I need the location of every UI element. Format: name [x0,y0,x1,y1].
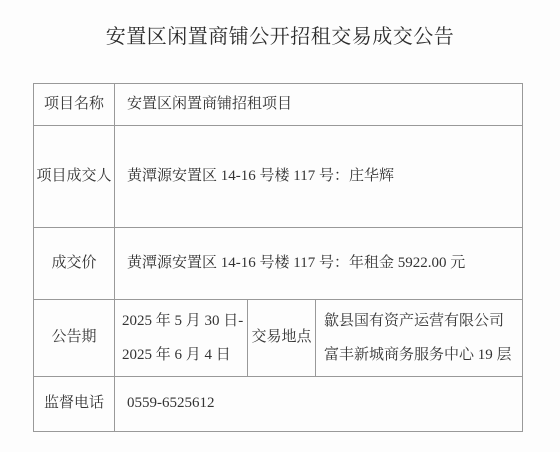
label-deal-price: 成交价 [34,228,115,300]
table-row-deal-price: 成交价 黄潭源安置区 14-16 号楼 117 号：年租金 5922.00 元 [34,228,523,300]
table-row-supervision-phone: 监督电话 0559-6525612 [34,377,523,432]
value-supervision-phone: 0559-6525612 [115,377,523,432]
page-title: 安置区闲置商铺公开招租交易成交公告 [0,20,560,49]
label-announcement-period: 公告期 [34,300,115,377]
period-line-1: 2025 年 5 月 30 日- [122,304,245,338]
table-row-period-location: 公告期 2025 年 5 月 30 日- 2025 年 6 月 4 日 交易地点… [34,300,523,377]
announcement-table: 项目名称 安置区闲置商铺招租项目 项目成交人 黄潭源安置区 14-16 号楼 1… [33,83,523,432]
value-announcement-period: 2025 年 5 月 30 日- 2025 年 6 月 4 日 [115,300,248,377]
document-page: 安置区闲置商铺公开招租交易成交公告 项目名称 安置区闲置商铺招租项目 项目成交人… [0,0,560,452]
table-row-project-name: 项目名称 安置区闲置商铺招租项目 [34,84,523,126]
value-deal-price: 黄潭源安置区 14-16 号楼 117 号：年租金 5922.00 元 [115,228,523,300]
label-winner: 项目成交人 [34,126,115,228]
label-trade-location: 交易地点 [248,300,316,377]
location-line-1: 歙县国有资产运营有限公司 [324,304,520,338]
label-supervision-phone: 监督电话 [34,377,115,432]
value-trade-location: 歙县国有资产运营有限公司 富丰新城商务服务中心 19 层 [316,300,523,377]
value-winner: 黄潭源安置区 14-16 号楼 117 号：庄华辉 [115,126,523,228]
value-project-name: 安置区闲置商铺招租项目 [115,84,523,126]
table-row-winner: 项目成交人 黄潭源安置区 14-16 号楼 117 号：庄华辉 [34,126,523,228]
label-project-name: 项目名称 [34,84,115,126]
period-line-2: 2025 年 6 月 4 日 [122,338,245,372]
location-line-2: 富丰新城商务服务中心 19 层 [324,338,520,372]
